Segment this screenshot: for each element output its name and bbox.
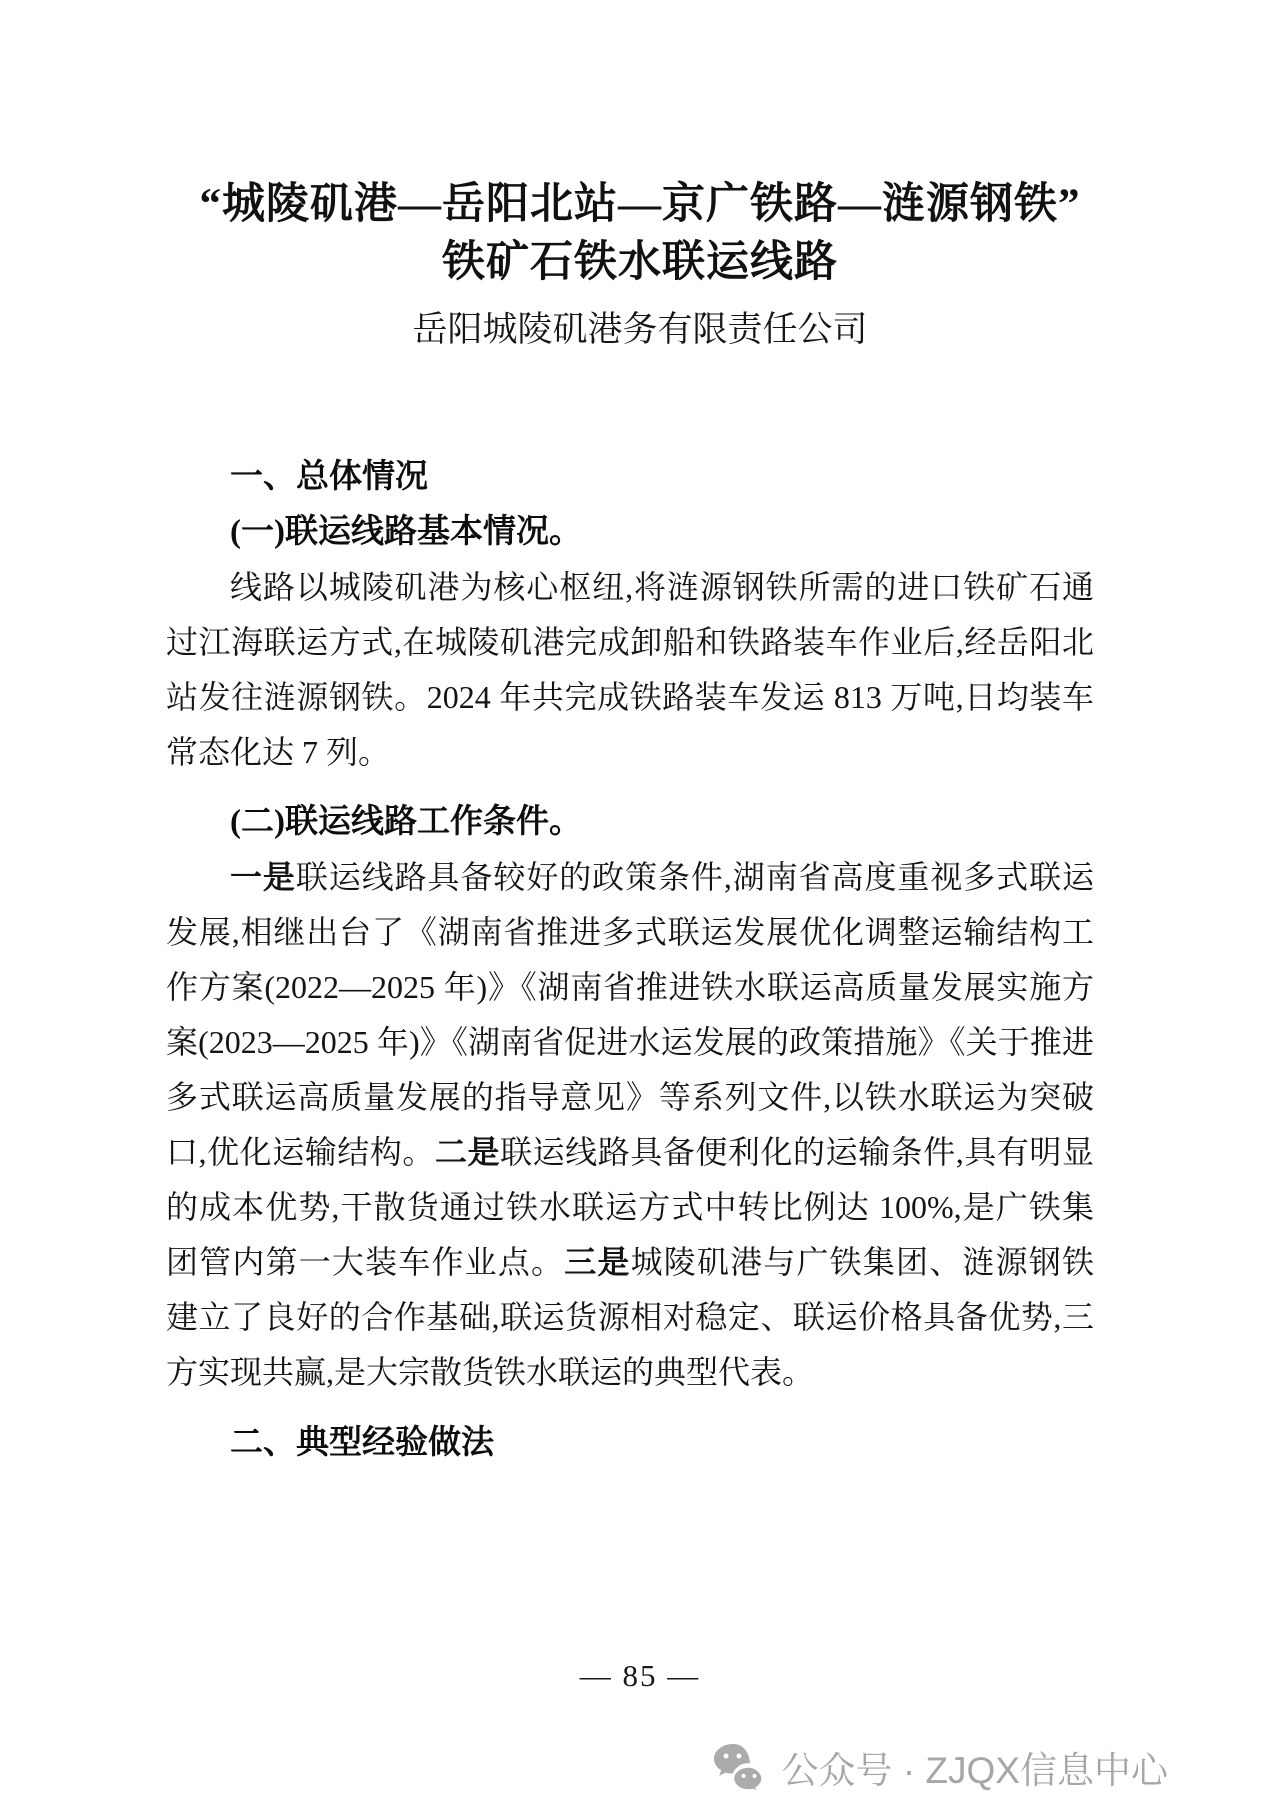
emphasis-text: 二是 xyxy=(435,1134,500,1170)
paragraph-basic-situation: 线路以城陵矶港为核心枢纽,将涟源钢铁所需的进口铁矿石通过江海联运方式,在城陵矶港… xyxy=(166,560,1094,780)
section-heading-overview: 一、总体情况 xyxy=(166,448,1094,504)
document-title-line1: “城陵矶港—岳阳北站—京广铁路—涟源钢铁” xyxy=(0,176,1280,234)
page-number: — 85 — xyxy=(0,1658,1280,1694)
title-block: “城陵矶港—岳阳北站—京广铁路—涟源钢铁” 铁矿石铁水联运线路 岳阳城陵矶港务有… xyxy=(0,0,1280,352)
emphasis-text: 三是 xyxy=(564,1244,630,1280)
wechat-icon xyxy=(712,1742,768,1792)
document-page: “城陵矶港—岳阳北站—京广铁路—涟源钢铁” 铁矿石铁水联运线路 岳阳城陵矶港务有… xyxy=(0,0,1280,1810)
footer-watermark: 公众号 · ZJQX信息中心 xyxy=(712,1740,1168,1794)
document-author: 岳阳城陵矶港务有限责任公司 xyxy=(0,308,1280,352)
subsection-heading-basic-situation: (一)联运线路基本情况。 xyxy=(166,504,1094,560)
paragraph-work-conditions: 一是联运线路具备较好的政策条件,湖南省高度重视多式联运发展,相继出台了《湖南省推… xyxy=(166,850,1094,1400)
subsection-heading-work-conditions: (二)联运线路工作条件。 xyxy=(166,794,1094,850)
footer-watermark-text: 公众号 · ZJQX信息中心 xyxy=(782,1740,1168,1794)
section-heading-experience: 二、典型经验做法 xyxy=(166,1414,1094,1470)
body-text: 联运线路具备较好的政策条件,湖南省高度重视多式联运发展,相继出台了《湖南省推进多… xyxy=(166,859,1094,1170)
document-body: 一、总体情况 (一)联运线路基本情况。 线路以城陵矶港为核心枢纽,将涟源钢铁所需… xyxy=(0,448,1280,1470)
document-title-line2: 铁矿石铁水联运线路 xyxy=(0,234,1280,292)
emphasis-text: 一是 xyxy=(230,859,296,895)
